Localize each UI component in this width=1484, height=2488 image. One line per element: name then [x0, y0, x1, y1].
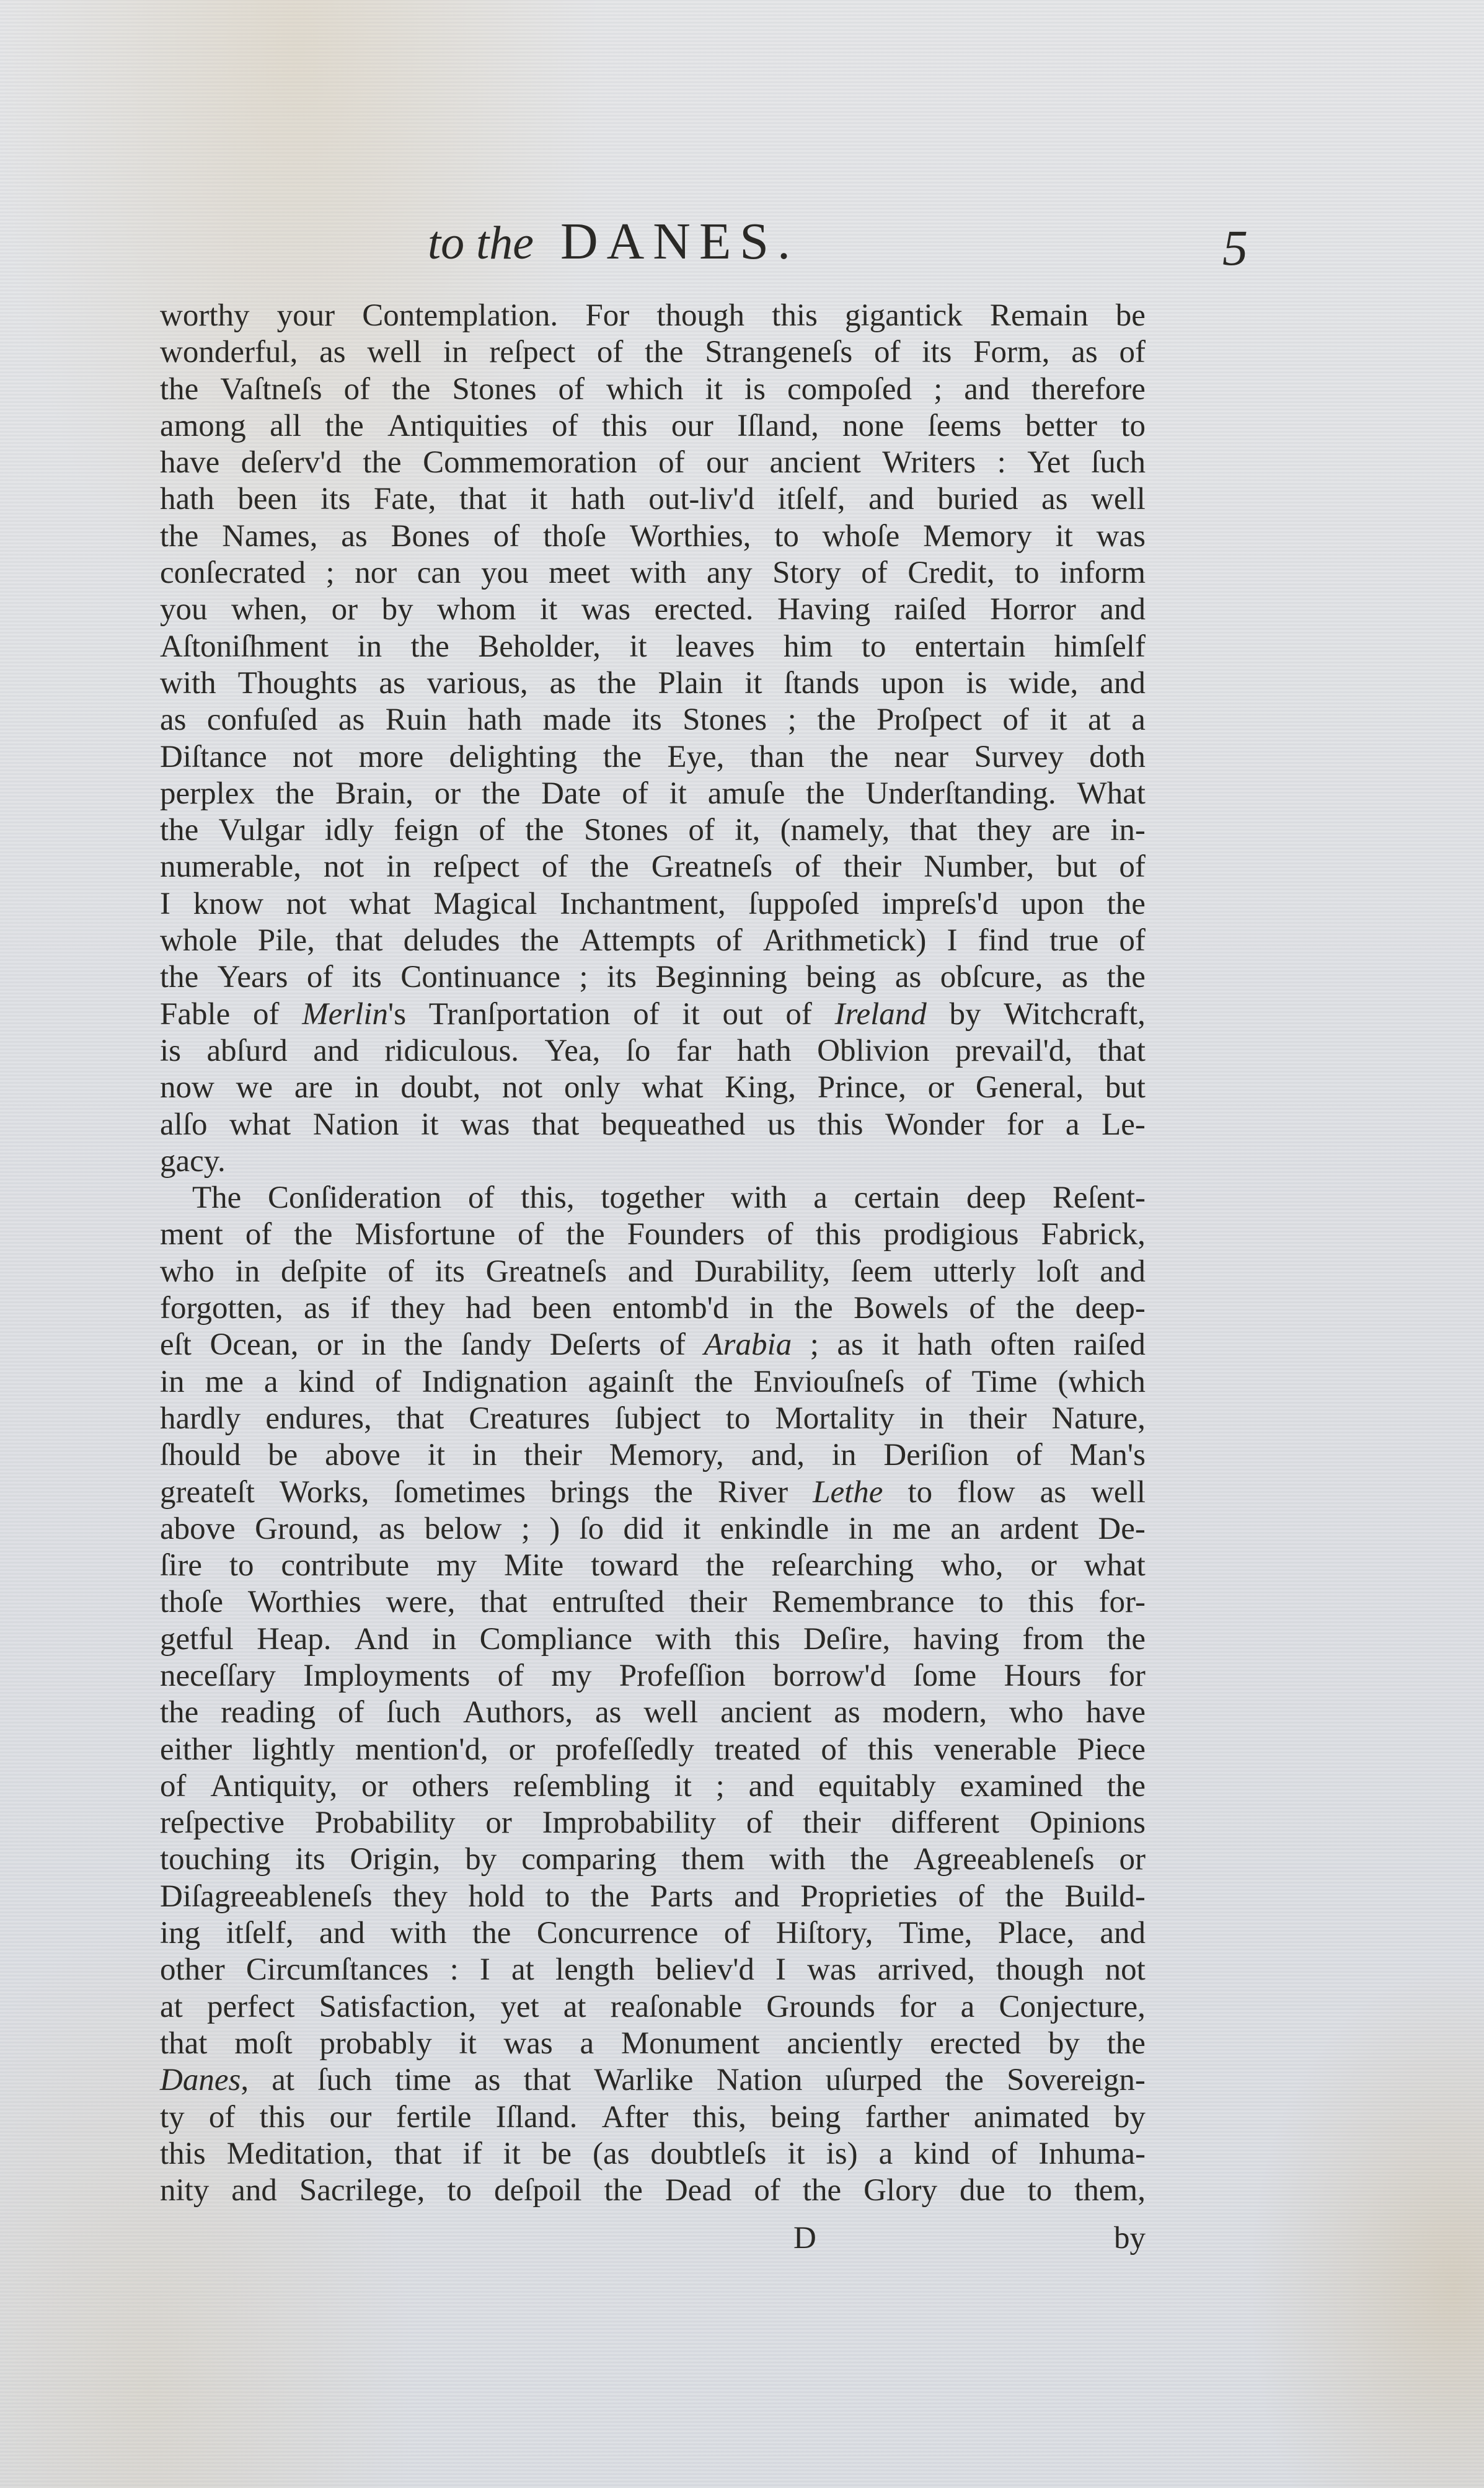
word: endures, [265, 1401, 371, 1437]
word: hath [160, 481, 214, 518]
word: in [749, 1290, 774, 1327]
word: the [160, 1694, 198, 1731]
word: the [411, 629, 449, 665]
text-line: tyofthisourfertileIſland.Afterthis,being… [160, 2099, 1146, 2136]
word: examined [960, 1768, 1083, 1805]
word: moſt [234, 2025, 293, 2062]
word: above [325, 1437, 400, 1474]
word: a [813, 1180, 828, 1216]
word: the [603, 739, 642, 776]
word: (which [1058, 1364, 1146, 1401]
word: thoſe [543, 518, 606, 555]
page-number: 5 [1222, 211, 1248, 285]
word: my [436, 1547, 477, 1584]
word: Imployments [303, 1658, 470, 1694]
word: at [563, 1989, 586, 2025]
word: the [1107, 1621, 1146, 1658]
word: reſpective [160, 1805, 285, 1841]
word: this [816, 1216, 862, 1253]
word: this [1028, 1584, 1074, 1621]
word: to [862, 629, 886, 665]
word: Stones [682, 702, 767, 738]
text-line: theVaſtneſsoftheStonesofwhichitiscompoſe… [160, 371, 1146, 408]
word: Parts [650, 1879, 713, 1915]
text-line: perplextheBrain,ortheDateofitamuſetheUnd… [160, 776, 1146, 812]
word: touching [160, 1841, 270, 1878]
word: reading [221, 1694, 316, 1731]
text-line: amongalltheAntiquitiesofthisourIſland,no… [160, 408, 1146, 445]
word: yet [500, 1989, 539, 2025]
word: Opinions [1030, 1805, 1146, 1841]
word: the [945, 2062, 984, 2099]
word: its [295, 1841, 325, 1878]
word: equitably [818, 1768, 936, 1805]
word: Mortality [775, 1401, 894, 1437]
word: ardent [1000, 1511, 1079, 1547]
word: ſeems [928, 408, 1002, 445]
word: King, [725, 1069, 796, 1106]
word: conſecrated [160, 555, 306, 591]
word: as [1041, 481, 1067, 518]
word: itſelf, [777, 481, 845, 518]
word: Greatneſs [651, 849, 772, 885]
text-line: whoindeſpiteofitsGreatneſsandDurability,… [160, 1254, 1146, 1290]
word: as [379, 1511, 405, 1547]
word: Bones [391, 518, 470, 555]
word: Remain [990, 298, 1089, 334]
word: ſhould [160, 1437, 241, 1474]
word: or [1120, 1841, 1146, 1878]
word: deſerv'd [241, 445, 342, 481]
word: having [913, 1621, 999, 1658]
word: Prince, [818, 1069, 906, 1106]
word: only [564, 1069, 621, 1106]
word: was [807, 1952, 856, 1988]
text-line: atperfectSatisfaction,yetatreaſonableGro… [160, 1989, 1146, 2025]
word: better [1025, 408, 1097, 445]
word: ty [160, 2099, 185, 2136]
word: or [485, 1805, 511, 1841]
word: know [193, 886, 263, 923]
text-line: thoſeWorthieswere,thatentruſtedtheirReme… [160, 1584, 1146, 1621]
word: The [192, 1180, 241, 1216]
text-line: hardlyendures,thatCreaturesſubjecttoMort… [160, 1401, 1146, 1437]
word: Ocean, [210, 1327, 298, 1363]
word: hath [467, 702, 522, 738]
word: Memory [923, 518, 1032, 555]
word: as [338, 702, 364, 738]
word: Eye, [667, 739, 724, 776]
word: Time, [899, 1915, 973, 1952]
word: raiſed [1074, 1327, 1146, 1363]
word: but [1105, 1069, 1146, 1106]
word: if [351, 1290, 370, 1327]
text-line: eſtOcean,orintheſandyDeſertsofArabia;asi… [160, 1327, 1146, 1363]
text-line: havedeſerv'dtheCommemorationofourancient… [160, 445, 1146, 481]
word: prevail'd, [955, 1033, 1072, 1069]
word: Iſland, [737, 408, 819, 445]
word: and [319, 1915, 365, 1952]
word: their [803, 1805, 860, 1841]
word: Iſland. [496, 2099, 578, 2136]
text-line: asconfuſedasRuinhathmadeitsStones;thePro… [160, 702, 1146, 738]
word: ſire [160, 1547, 202, 1584]
word: time [395, 2062, 451, 2099]
word: of [344, 371, 370, 408]
word: the [803, 2172, 841, 2209]
word: doubt, [400, 1069, 480, 1106]
word: flow [957, 1474, 1015, 1511]
word: ſometimes [394, 1474, 526, 1511]
word: hath [917, 1327, 972, 1363]
word: of [479, 812, 505, 849]
word: of [660, 1327, 686, 1363]
word: was [503, 2025, 552, 2062]
word: or [317, 1327, 343, 1363]
word: Ireland [835, 996, 927, 1033]
word: entruſted [552, 1584, 665, 1621]
word: Vaſtneſs [220, 371, 322, 408]
word: had [466, 1290, 511, 1327]
word: Contemplation. [362, 298, 558, 334]
word: me [893, 1511, 931, 1547]
word: Origin, [350, 1841, 440, 1878]
word: toward [591, 1547, 679, 1584]
word: this, [521, 1180, 574, 1216]
word: this [868, 1732, 914, 1768]
word: Attempts [580, 923, 696, 959]
word: due [960, 2172, 1005, 2209]
word: treated [715, 1732, 801, 1768]
word: Dead [665, 2172, 732, 2209]
word: a [580, 2025, 594, 2062]
word: certain [854, 1180, 940, 1216]
word: the [850, 1841, 889, 1878]
word: it, [735, 812, 760, 849]
word: entertain [915, 629, 1025, 665]
word: numerable, [160, 849, 301, 885]
text-line: worthyyourContemplation.Forthoughthisgig… [160, 298, 1146, 334]
text-line: IknownotwhatMagicalInchantment,ſuppoſedi… [160, 886, 1146, 923]
word: often [991, 1327, 1056, 1363]
word: obſcure, [940, 959, 1043, 996]
word: them, [1074, 2172, 1146, 2209]
word: be [542, 2136, 572, 2172]
word: Credit, [908, 555, 994, 591]
word: not [1105, 1952, 1146, 1988]
word: of [958, 1879, 984, 1915]
word: by [1048, 2025, 1080, 2062]
word: you [481, 555, 529, 591]
word: that [910, 812, 957, 849]
word: Remembrance [772, 1584, 955, 1621]
word: what [642, 1069, 703, 1106]
word: the [160, 371, 198, 408]
text-line: aboveGround,asbelow;)ſodiditenkindleinme… [160, 1511, 1146, 1547]
word: were, [386, 1584, 456, 1621]
word: not [324, 849, 364, 885]
word: Wonder [885, 1107, 984, 1143]
word: of [633, 996, 659, 1033]
word: him [784, 629, 833, 665]
word: deludes [404, 923, 500, 959]
word: it [674, 1768, 691, 1805]
word: of [338, 1694, 364, 1731]
text-line: thisMeditation,thatifitbe(asdoubtleſsiti… [160, 2136, 1146, 2172]
word: its [632, 702, 661, 738]
word: who [1009, 1694, 1064, 1731]
word: Time [972, 1364, 1038, 1401]
word: Thoughts [238, 665, 358, 702]
word: others [412, 1768, 489, 1805]
word: or [509, 1732, 535, 1768]
text-line: gacy. [160, 1143, 1146, 1180]
word: Misfortune [355, 1216, 495, 1253]
word: out-liv'd [648, 481, 754, 518]
word: of [925, 1364, 951, 1401]
word: that [480, 1584, 527, 1621]
word: of [253, 996, 279, 1033]
word: Arabia [704, 1327, 792, 1363]
word: was [1097, 518, 1146, 555]
word: it [540, 591, 557, 628]
word: of [874, 334, 900, 371]
word: Lethe [813, 1474, 883, 1511]
word: perfect [207, 1989, 295, 2025]
word: ridiculous. [384, 1033, 519, 1069]
word: kind [914, 2136, 970, 2172]
word: the [1107, 2025, 1146, 2062]
word: of [209, 2099, 235, 2136]
word: of [991, 2136, 1017, 2172]
word: made [543, 702, 611, 738]
word: Diſtance [160, 739, 267, 776]
word: Fable [160, 996, 230, 1033]
word: Deſire, [803, 1621, 890, 1658]
word: to [447, 2172, 472, 2209]
word: it [530, 481, 547, 518]
word: near [894, 739, 948, 776]
word: Magical [433, 886, 537, 923]
word: Number, [924, 849, 1034, 885]
word: eſt [160, 1327, 192, 1363]
word: idly [325, 812, 374, 849]
word: entomb'd [612, 1290, 729, 1327]
word: borrow'd [773, 1658, 886, 1694]
word: that [1098, 1033, 1145, 1069]
word: the [645, 334, 683, 371]
word: who, [941, 1547, 1004, 1584]
word: at [272, 2062, 294, 2099]
text-line: greateſtWorks,ſometimesbringstheRiverLet… [160, 1474, 1146, 1511]
word: Greatneſs [486, 1254, 607, 1290]
word: is [744, 371, 766, 408]
word: as [160, 702, 186, 738]
word: ſome [913, 1658, 976, 1694]
word: a [879, 2136, 893, 2172]
word: all [270, 408, 301, 445]
text-line: conſecrated;norcanyoumeetwithanyStoryofC… [160, 555, 1146, 591]
word: Form, [973, 334, 1049, 371]
word: the [276, 776, 314, 812]
word: deſpoil [494, 2172, 582, 2209]
word: as [1062, 959, 1088, 996]
word: : [997, 445, 1006, 481]
text-line: alſowhatNationitwasthatbequeathedusthisW… [160, 1107, 1146, 1143]
word: himſelf [1054, 629, 1146, 665]
word: as [895, 959, 921, 996]
word: from [1022, 1621, 1084, 1658]
word: compoſed [787, 371, 912, 408]
word: the [806, 776, 844, 812]
word: lightly [252, 1732, 335, 1768]
word: whole [160, 923, 237, 959]
word: it [669, 776, 687, 812]
text-line: wonderful,aswellinreſpectoftheStrangeneſ… [160, 334, 1146, 371]
word: Founders [627, 1216, 745, 1253]
word: Fabrick, [1041, 1216, 1146, 1253]
word: them [681, 1841, 744, 1878]
word: of [767, 1216, 793, 1253]
word: upon [1021, 886, 1084, 923]
word: Diſagreeableneſs [160, 1879, 373, 1915]
word: Concurrence [537, 1915, 699, 1952]
word: : [450, 1952, 459, 1988]
word: Underſtanding. [865, 776, 1056, 812]
word: me [205, 1364, 244, 1401]
word: its [435, 1254, 465, 1290]
word: as [595, 1694, 621, 1731]
word: probably [319, 2025, 431, 2062]
word: with [630, 555, 687, 591]
word: the [598, 665, 636, 702]
word: Commemoration [423, 445, 637, 481]
word: raiſed [894, 591, 966, 628]
word: as [834, 1694, 860, 1731]
word: Years [218, 959, 288, 996]
word: Worthies [248, 1584, 361, 1621]
word: it [503, 2136, 521, 2172]
word: being [806, 959, 876, 996]
word: are [294, 1069, 333, 1106]
word: its [922, 334, 952, 371]
word: Deriſion [883, 1437, 989, 1474]
word: gacy. [160, 1143, 226, 1180]
word: ) [549, 1511, 560, 1547]
word: bequeathed [601, 1107, 745, 1143]
word: now [160, 1069, 214, 1106]
word: the [1107, 886, 1146, 923]
word: have [1086, 1694, 1146, 1731]
word: and [749, 1768, 795, 1805]
word: After [602, 2099, 669, 2136]
word: amuſe [708, 776, 785, 812]
word: and [868, 481, 914, 518]
word: if [463, 2136, 482, 2172]
word: delighting [449, 739, 578, 776]
word: doubtleſs [650, 2136, 766, 2172]
word: worthy [160, 298, 249, 334]
word: I [480, 1952, 490, 1988]
text-line: inmeakindofIndignationagainſttheEnviouſn… [160, 1364, 1146, 1401]
word: ſuppoſed [748, 886, 859, 923]
word: with [391, 1915, 447, 1952]
word: of [754, 2172, 780, 2209]
word: the [604, 2172, 643, 2209]
word: have [160, 445, 219, 481]
word: this [772, 298, 818, 334]
text-line: thatmoſtprobablyitwasaMonumentancientlye… [160, 2025, 1146, 2062]
word: Heap. [257, 1621, 331, 1658]
word: this [260, 2099, 306, 2136]
word: Tranſportation [429, 996, 611, 1033]
word: Aſtoniſhment [160, 629, 329, 665]
word: the [1016, 1290, 1054, 1327]
word: the [363, 445, 401, 481]
word: I [775, 1952, 786, 1988]
word: Circumſtances [246, 1952, 429, 1988]
word: to [545, 1879, 570, 1915]
word: Beginning [655, 959, 787, 996]
word: the [160, 812, 198, 849]
word: the [591, 1879, 629, 1915]
text-line: ſhouldbeaboveitintheirMemory,and,inDeriſ… [160, 1437, 1146, 1474]
word: brings [550, 1474, 630, 1511]
word: the [817, 702, 855, 738]
word: this [735, 1621, 780, 1658]
word: ; [788, 702, 797, 738]
word: of [861, 555, 887, 591]
word: Proſpect [877, 702, 982, 738]
word: that [397, 1401, 444, 1437]
word: this [602, 408, 648, 445]
word: Danes, [160, 2062, 249, 2099]
word: our [671, 408, 713, 445]
word: forgotten, [160, 1290, 283, 1327]
word: are [1052, 812, 1090, 849]
word: the [694, 1364, 733, 1401]
word: who [160, 1254, 214, 1290]
word: to [726, 1401, 751, 1437]
word: Mite [504, 1547, 563, 1584]
word: farther [865, 2099, 950, 2136]
word: either [160, 1732, 232, 1768]
word: it [705, 371, 723, 408]
text-line: eitherlightlymention'd,orprofeſſedlytrea… [160, 1732, 1146, 1768]
word: the [160, 959, 198, 996]
word: it [787, 2136, 805, 2172]
word: Agreeableneſs [914, 1841, 1095, 1878]
word: of [688, 812, 714, 849]
word: Compliance [480, 1621, 632, 1658]
word: reſearching [772, 1547, 914, 1584]
word: nity [160, 2172, 209, 2209]
word: it [744, 665, 762, 702]
word: for [1108, 1658, 1145, 1694]
word: as [474, 2062, 500, 2099]
running-head-lead: to the [428, 217, 534, 269]
text-line: otherCircumſtances:Iatlengthbeliev'dIwas… [160, 1952, 1146, 1988]
word: whom [437, 591, 516, 628]
word: and [313, 1033, 359, 1069]
word: Nation [717, 2062, 803, 2099]
word: to [1121, 408, 1146, 445]
word: Piece [1077, 1732, 1146, 1768]
word: their [689, 1584, 747, 1621]
word: in [432, 1621, 457, 1658]
word: Names, [222, 518, 317, 555]
word: and [1100, 665, 1146, 702]
